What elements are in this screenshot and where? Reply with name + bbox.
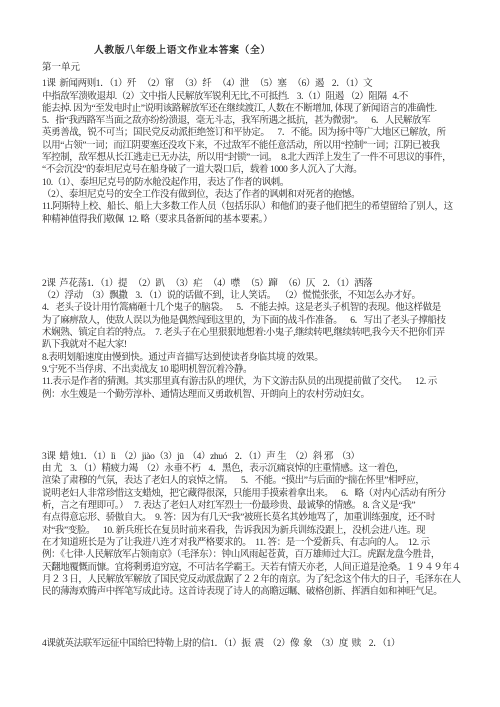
lesson-1-answers: 1课 新闻两则1．（1）歼 （2）窜 （3）纤 （4）泄 （5）塞 （6）遏 2…: [42, 78, 472, 226]
answer-line: 趴下我就对不起大家!: [42, 339, 472, 351]
answer-line: 10.（1）、泰坦尼克号的防水舱没起作用，表达了作者的讽刺。: [42, 177, 472, 189]
document-content: 人教版八年级上语文作业本答案（全） 第一单元 1课 新闻两则1．（1）歼 （2）…: [42, 0, 472, 651]
answer-line: 以用“占领”一词；而江阴要塞还没攻下来，不过敌军不能任意活动，所以用“控制”一词…: [42, 140, 472, 152]
answer-line: 军控制，敌军想从长江逃走已无办法，所以用“封锁”一词。 8.北大西洋上发生了一件…: [42, 152, 472, 164]
answer-line: 例：《七律·人民解放军占领南京》（毛泽东）：钟山风雨起苍黄，百万雄师过大江。虎踞…: [42, 549, 472, 561]
answer-line: 中指敌军溃败退却.（2）文中指人民解放军锐利无比,不可抵挡. 3.（1）阻遏 （…: [42, 91, 472, 103]
answer-line: 在才知道班长是为了让我进八连才对我严格要求的。 11. 答：是一个爱新兵、有志向…: [42, 537, 472, 549]
answer-line: 种精神值得我们敬佩 12. 略（要求具备新闻的基本要素。）: [42, 214, 472, 226]
answer-line: 3课 蜡 烛1．（1）lì （2）jiào（3）jū （4）zhuó 2．（1）…: [42, 451, 472, 463]
answer-line: 民的薄海欢腾声中挥笔写成此诗。这首诗表现了诗人的高瞻远瞩、破格创新、挥洒自如和神…: [42, 586, 472, 598]
answer-line: （2）、泰坦尼克号的安全工作没有做到位，表达了作者的讽刺和对死者的抱憾。: [42, 189, 472, 201]
answer-line: 对“我”变脸。 10. 新兵班长在复员时前来看我，告诉我因为新兵训练没跟上，没机…: [42, 525, 472, 537]
lesson-4-answers: 4课就英法联军远征中国给巴特勒上尉的信1．（1）振 震 （2）像 象 （3）度 …: [42, 638, 472, 650]
answer-line: “不会沉没”的泰坦尼克号在船身破了一道大裂口后，载着 1000 多人沉入了大海。: [42, 164, 472, 176]
answer-line: 1课 新闻两则1．（1）歼 （2）窜 （3）纤 （4）泄 （5）塞 （6）遏 2…: [42, 78, 472, 90]
answer-line: 说明老妇人非常珍惜这支蜡烛，把它藏得很深，只能用手摸索着拿出来。 6．略（对内心…: [42, 488, 472, 500]
answer-line: 为了麻痹敌人，使敌人误以为他是偶然闯到这里的，为下面的战斗作准备。 6．写出了老…: [42, 315, 472, 327]
lesson-2-answers: 2课 芦花荡1．（1）提 （2）趴 （3）疟 （4）噤 （5）蹿 （6）仄 2．…: [42, 278, 472, 401]
answer-line: 天翻地覆慨而慷。宜将剩勇追穷寇，不可沽名学霸王。天若有情天亦老，人间正道是沧桑。…: [42, 562, 472, 574]
answer-line: 析，言之有理即可。） 7. 表达了老妇人对红军烈士一份最珍贵、最诚挚的情感。 8…: [42, 500, 472, 512]
unit-heading: 第一单元: [42, 62, 472, 74]
answer-line: 11.表示是作者的猜测。其实那里真有游击队的埋伏，为下文游击队员的出现提前做了交…: [42, 376, 472, 388]
answer-line: 11.阿斯特上校、船长、船上大多数工作人员（包括乐队）和他们的妻子他们把生的希望…: [42, 201, 472, 213]
answer-line: 月２３日，人民解放军解放了国民党反动派盘踞了２２年的南京。为了纪念这个伟大的日子…: [42, 574, 472, 586]
answer-line: （2）浮动 （3）飘撒 3．（1）说的话做不到，让人笑话。 （2）慌慌张张，不知…: [42, 290, 472, 302]
answer-line: 4．老头子设计用竹篙痛砸十几个鬼子的脑袋。 5．不能去掉。这是老头子机智的表现。…: [42, 302, 472, 314]
answer-line: 例：水生嫂是一个勤劳淳朴、通情达理而又勇敢机智、开朗向上的农村劳动妇女。: [42, 389, 472, 401]
answer-line: 9.宁死不当俘虏、不出卖战友 10 聪明机智沉着冷静。: [42, 364, 472, 376]
answer-line: 8.表明划船速度由慢到快。通过声音描写达到使读者身临其境 的效果。: [42, 352, 472, 364]
document-page: 人教版八年级上语文作业本答案（全） 第一单元 1课 新闻两则1．（1）歼 （2）…: [0, 0, 500, 707]
answer-line: 5．指“我西路军当面之敌亦纷纷溃退，毫无斗志，我军所遇之抵抗，甚为微弱”。 6．…: [42, 115, 472, 127]
answer-line: 2课 芦花荡1．（1）提 （2）趴 （3）疟 （4）噤 （5）蹿 （6）仄 2．…: [42, 278, 472, 290]
answer-line: 渲染了肃穆的气氛，表达了老妇人的哀悼之情。 5．不能。“摸出”与后面的“揣在怀里…: [42, 475, 472, 487]
page-title: 人教版八年级上语文作业本答案（全）: [94, 44, 472, 57]
lesson-3-answers: 3课 蜡 烛1．（1）lì （2）jiào（3）jū （4）zhuó 2．（1）…: [42, 451, 472, 599]
answer-line: 术娴熟、镇定自若的特点。 7. 老头子在心里狠狠地想着:小鬼子,继续转吧,继续转…: [42, 327, 472, 339]
answer-line: 有点得意忘形、骄傲自大。 9. 答：因为有几天“我”被班长莫名其妙地骂了，加重训…: [42, 512, 472, 524]
answer-line: 4课就英法联军远征中国给巴特勒上尉的信1．（1）振 震 （2）像 象 （3）度 …: [42, 638, 472, 650]
answer-line: 能去掉. 因为“至发电时止”说明该路解放军还在继续渡江, 人数在不断增加, 体现…: [42, 103, 472, 115]
answer-line: 英勇善战，锐不可当；国民党反动派拒绝签订和平协定。 7．不能。因为扬中等广大地区…: [42, 127, 472, 139]
answer-line: 由 尤 3．（1）精疲力竭 （2）永垂不朽 4．黑色，表示沉痛哀悼的庄重情感。这…: [42, 463, 472, 475]
